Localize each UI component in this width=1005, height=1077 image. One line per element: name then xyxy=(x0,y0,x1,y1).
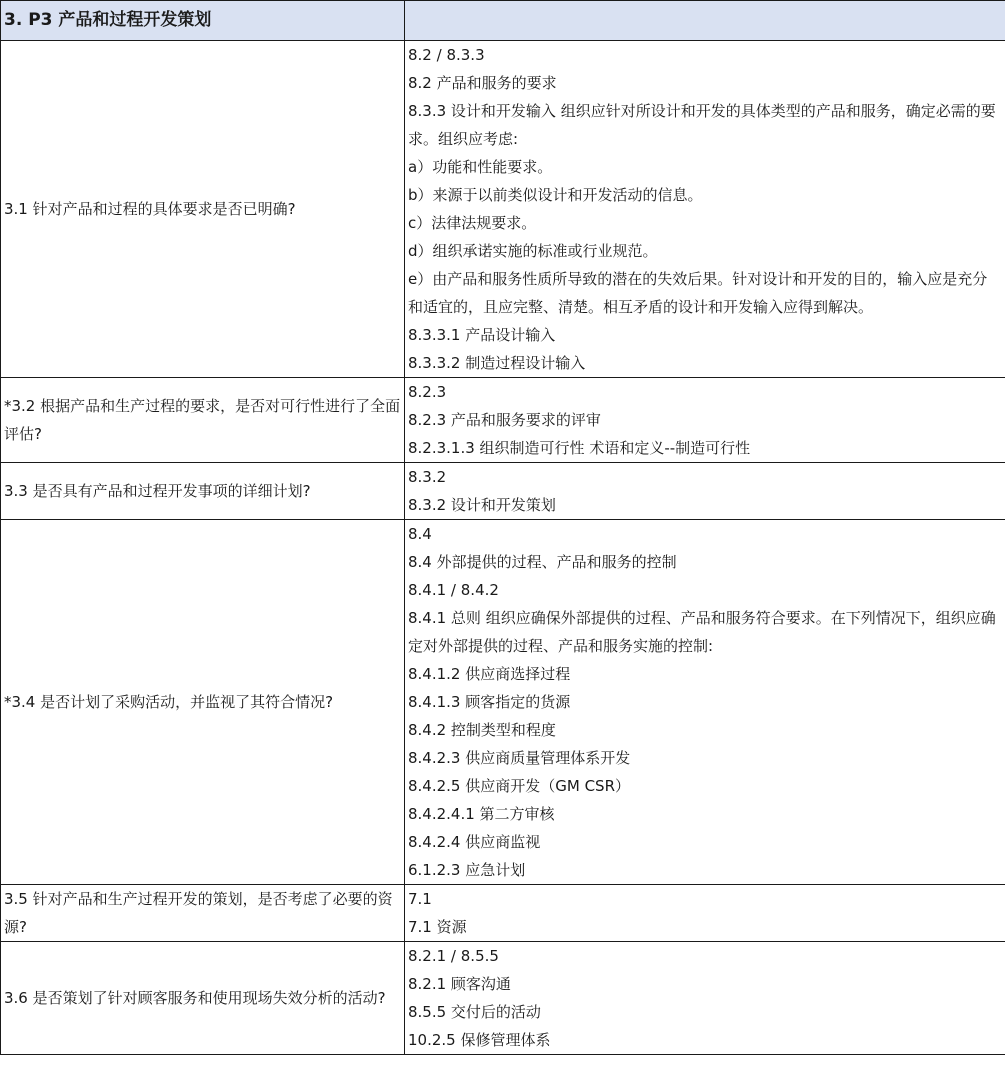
clause-line: 7.1 资源 xyxy=(408,913,1002,941)
clause-line: 8.3.2 xyxy=(408,463,1002,491)
clause-cell: 7.17.1 资源 xyxy=(405,885,1005,942)
question-cell: *3.2 根据产品和生产过程的要求，是否对可行性进行了全面评估? xyxy=(1,378,405,463)
clause-line: 8.2.3 xyxy=(408,378,1002,406)
clause-line: 8.4.2.4.1 第二方审核 xyxy=(408,800,1002,828)
table-body: 3. P3 产品和过程开发策划 3.1 针对产品和过程的具体要求是否已明确?8.… xyxy=(1,1,1005,1055)
table-row: *3.4 是否计划了采购活动，并监视了其符合情况?8.48.4 外部提供的过程、… xyxy=(1,520,1005,885)
clause-line: 7.1 xyxy=(408,885,1002,913)
clause-line: 8.4.1 总则 组织应确保外部提供的过程、产品和服务符合要求。在下列情况下，组… xyxy=(408,604,1002,660)
table-row: *3.2 根据产品和生产过程的要求，是否对可行性进行了全面评估?8.2.38.2… xyxy=(1,378,1005,463)
clause-line: 8.4.1 / 8.4.2 xyxy=(408,576,1002,604)
clause-line: 8.3.3 设计和开发输入 组织应针对所设计和开发的具体类型的产品和服务，确定必… xyxy=(408,97,1002,153)
clause-line: 8.4.2.4 供应商监视 xyxy=(408,828,1002,856)
question-cell: 3.1 针对产品和过程的具体要求是否已明确? xyxy=(1,41,405,378)
clause-line: b）来源于以前类似设计和开发活动的信息。 xyxy=(408,181,1002,209)
clause-cell: 8.2 / 8.3.38.2 产品和服务的要求8.3.3 设计和开发输入 组织应… xyxy=(405,41,1005,378)
clause-line: 10.2.5 保修管理体系 xyxy=(408,1026,1002,1054)
clause-cell: 8.48.4 外部提供的过程、产品和服务的控制8.4.1 / 8.4.28.4.… xyxy=(405,520,1005,885)
clause-cell: 8.2.38.2.3 产品和服务要求的评审8.2.3.1.3 组织制造可行性 术… xyxy=(405,378,1005,463)
requirements-table: 3. P3 产品和过程开发策划 3.1 针对产品和过程的具体要求是否已明确?8.… xyxy=(0,0,1005,1055)
clause-line: 8.2.1 顾客沟通 xyxy=(408,970,1002,998)
clause-line: 8.4.2.5 供应商开发（GM CSR） xyxy=(408,772,1002,800)
clause-cell: 8.2.1 / 8.5.58.2.1 顾客沟通8.5.5 交付后的活动10.2.… xyxy=(405,942,1005,1055)
question-cell: *3.4 是否计划了采购活动，并监视了其符合情况? xyxy=(1,520,405,885)
table-row: 3.3 是否具有产品和过程开发事项的详细计划?8.3.28.3.2 设计和开发策… xyxy=(1,463,1005,520)
table-row: 3.5 针对产品和生产过程开发的策划，是否考虑了必要的资源?7.17.1 资源 xyxy=(1,885,1005,942)
clause-line: 8.2.1 / 8.5.5 xyxy=(408,942,1002,970)
clause-line: d）组织承诺实施的标准或行业规范。 xyxy=(408,237,1002,265)
table-row: 3.1 针对产品和过程的具体要求是否已明确?8.2 / 8.3.38.2 产品和… xyxy=(1,41,1005,378)
clause-line: 8.4 外部提供的过程、产品和服务的控制 xyxy=(408,548,1002,576)
clause-line: c）法律法规要求。 xyxy=(408,209,1002,237)
question-cell: 3.3 是否具有产品和过程开发事项的详细计划? xyxy=(1,463,405,520)
clause-cell: 8.3.28.3.2 设计和开发策划 xyxy=(405,463,1005,520)
clause-line: 8.4.2.3 供应商质量管理体系开发 xyxy=(408,744,1002,772)
clause-line: 8.3.3.2 制造过程设计输入 xyxy=(408,349,1002,377)
question-cell: 3.5 针对产品和生产过程开发的策划，是否考虑了必要的资源? xyxy=(1,885,405,942)
clause-line: 8.3.3.1 产品设计输入 xyxy=(408,321,1002,349)
clause-line: 8.3.2 设计和开发策划 xyxy=(408,491,1002,519)
clause-line: 8.5.5 交付后的活动 xyxy=(408,998,1002,1026)
clause-line: 8.4.1.2 供应商选择过程 xyxy=(408,660,1002,688)
question-cell: 3.6 是否策划了针对顾客服务和使用现场失效分析的活动? xyxy=(1,942,405,1055)
clause-line: 8.4 xyxy=(408,520,1002,548)
clause-line: e）由产品和服务性质所导致的潜在的失效后果。针对设计和开发的目的，输入应是充分和… xyxy=(408,265,1002,321)
clause-line: 8.2.3 产品和服务要求的评审 xyxy=(408,406,1002,434)
section-title: 3. P3 产品和过程开发策划 xyxy=(1,1,405,41)
section-header-right xyxy=(405,1,1005,41)
clause-line: 8.2 产品和服务的要求 xyxy=(408,69,1002,97)
clause-line: 8.4.1.3 顾客指定的货源 xyxy=(408,688,1002,716)
clause-line: 6.1.2.3 应急计划 xyxy=(408,856,1002,884)
clause-line: a）功能和性能要求。 xyxy=(408,153,1002,181)
clause-line: 8.2 / 8.3.3 xyxy=(408,41,1002,69)
section-header-row: 3. P3 产品和过程开发策划 xyxy=(1,1,1005,41)
clause-line: 8.4.2 控制类型和程度 xyxy=(408,716,1002,744)
clause-line: 8.2.3.1.3 组织制造可行性 术语和定义--制造可行性 xyxy=(408,434,1002,462)
table-row: 3.6 是否策划了针对顾客服务和使用现场失效分析的活动?8.2.1 / 8.5.… xyxy=(1,942,1005,1055)
